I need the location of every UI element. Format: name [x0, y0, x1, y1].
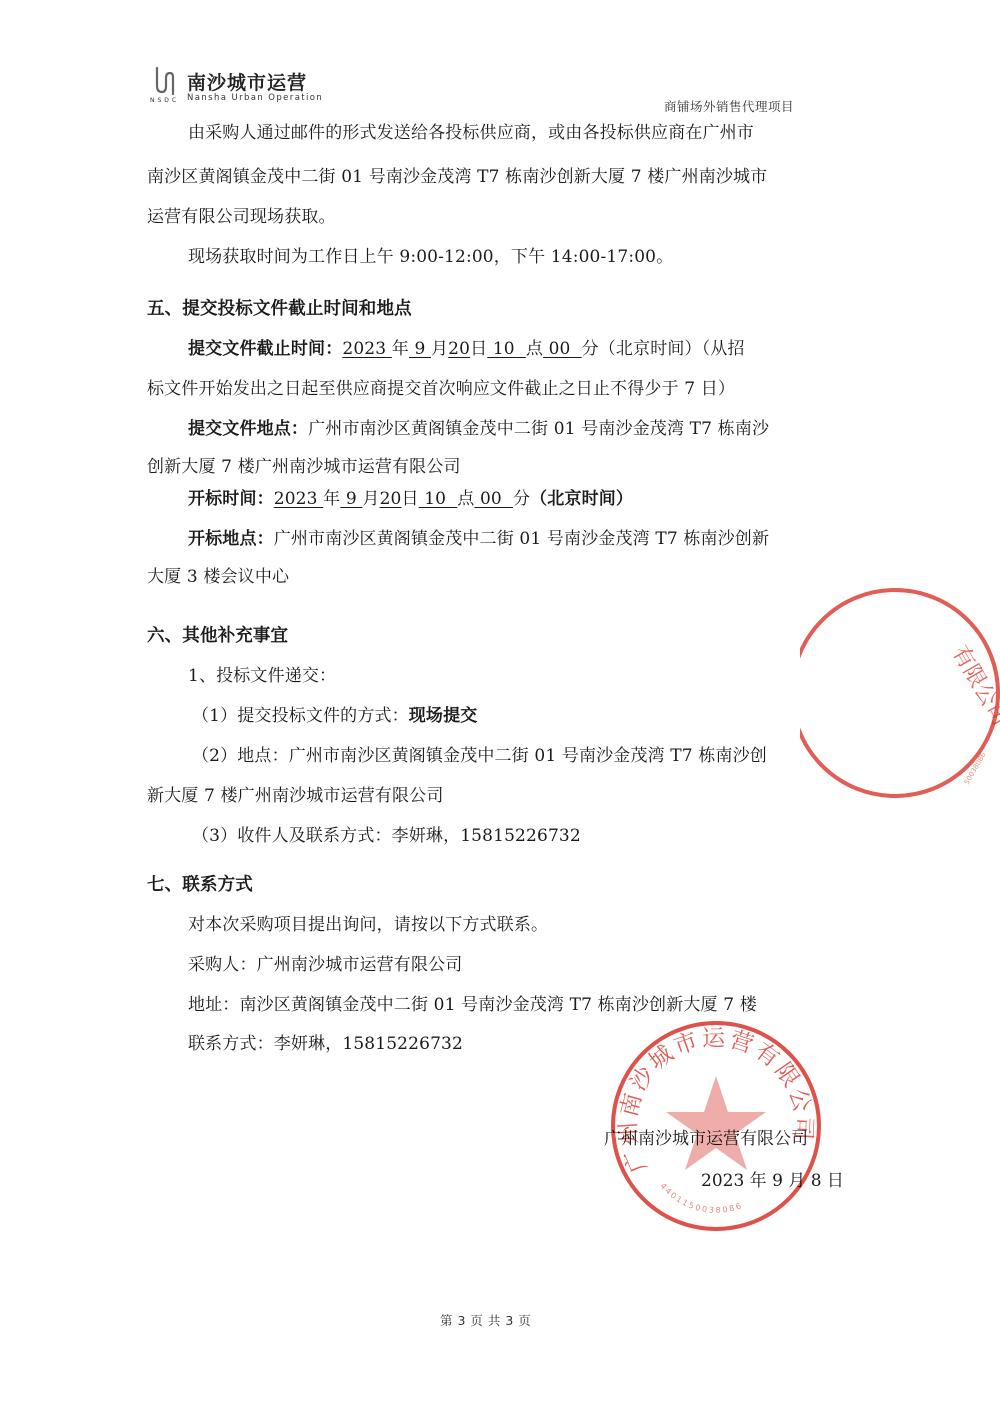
- intro-paragraph-line: 南沙区黄阁镇金茂中二街 01 号南沙金茂湾 T7 栋南沙创新大厦 7 楼广州南沙…: [147, 165, 847, 189]
- intro-paragraph-line: 由采购人通过邮件的形式发送给各投标供应商，或由各投标供应商在广州市: [188, 121, 888, 145]
- document-page: NSDC 南沙城市运营 Nansha Urban Operation 商铺场外销…: [0, 0, 1000, 1414]
- section-7-heading: 七、联系方式: [147, 873, 847, 897]
- opening-location-line: 开标地点：广州市南沙区黄阁镇金茂中二街 01 号南沙金茂湾 T7 栋南沙创新: [188, 527, 888, 551]
- section-6-sub-3: （3）收件人及联系方式：李妍琳，15815226732: [192, 824, 892, 848]
- deadline-minute: 00: [543, 339, 582, 359]
- submit-location-line2: 创新大厦 7 楼广州南沙城市运营有限公司: [147, 455, 847, 479]
- deadline-line: 提交文件截止时间：2023 年 9 月20日 10 点 00 分（北京时间）（从…: [188, 337, 888, 361]
- purchaser-text: 采购人：广州南沙城市运营有限公司: [188, 953, 888, 977]
- deadline-note: 标文件开始发出之日起至供应商提交首次响应文件截止之日止不得少于 7 日）: [147, 377, 847, 401]
- opening-time-label: 开标时间：: [188, 489, 274, 509]
- submit-location-line: 提交文件地点：广州市南沙区黄阁镇金茂中二街 01 号南沙金茂湾 T7 栋南沙: [188, 417, 888, 441]
- page-indicator: 第 3 页 共 3 页: [440, 1311, 531, 1329]
- sub-1-label: （1）提交投标文件的方式：: [192, 706, 409, 726]
- deadline-suffix: （北京时间）（从招: [599, 339, 745, 359]
- section-5-heading: 五、提交投标文件截止时间和地点: [147, 297, 847, 321]
- company-logo: NSDC 南沙城市运营 Nansha Urban Operation: [150, 66, 350, 108]
- opening-minute: 00: [474, 489, 513, 509]
- submit-location-value: 广州市南沙区黄阁镇金茂中二街 01 号南沙金茂湾 T7 栋南沙: [308, 419, 769, 439]
- nsdc-logo-icon: [154, 66, 176, 96]
- section-6-sub-1: （1）提交投标文件的方式：现场提交: [192, 704, 892, 728]
- section-6-sub-2-line2: 新大厦 7 楼广州南沙城市运营有限公司: [147, 784, 847, 808]
- intro-paragraph-line: 运营有限公司现场获取。: [147, 205, 847, 229]
- header-project-name: 商铺场外销售代理项目: [664, 97, 794, 115]
- inquiry-text: 对本次采购项目提出询问，请按以下方式联系。: [188, 913, 888, 937]
- opening-suffix: （北京时间）: [530, 489, 633, 509]
- logo-nsdc-text: NSDC: [150, 97, 179, 104]
- pickup-time-text: 现场获取时间为工作日上午 9:00-12:00，下午 14:00-17:00。: [188, 245, 888, 269]
- section-6-heading: 六、其他补充事宜: [147, 624, 847, 648]
- submit-location-label: 提交文件地点：: [188, 419, 308, 439]
- logo-name-cn: 南沙城市运营: [187, 68, 307, 95]
- deadline-day: 20: [448, 339, 470, 359]
- hour-unit: 点: [457, 489, 474, 509]
- address-text: 地址：南沙区黄阁镇金茂中二街 01 号南沙金茂湾 T7 栋南沙创新大厦 7 楼: [188, 993, 888, 1017]
- minute-unit: 分: [582, 339, 599, 359]
- edge-seal-number: 50038086: [963, 751, 988, 786]
- section-6-item-1: 1、投标文件递交：: [188, 664, 888, 688]
- deadline-month: 9: [409, 339, 431, 359]
- signature-date: 2023 年 9 月 8 日: [701, 1166, 844, 1191]
- logo-name-en: Nansha Urban Operation: [187, 93, 323, 103]
- edge-seal-text: 有限公司: [947, 642, 1000, 731]
- day-unit: 日: [402, 489, 419, 509]
- deadline-label: 提交文件截止时间：: [188, 339, 342, 359]
- opening-hour: 10: [419, 489, 458, 509]
- month-unit: 月: [431, 339, 448, 359]
- year-unit: 年: [392, 339, 409, 359]
- opening-day: 20: [380, 489, 402, 509]
- deadline-year: 2023: [342, 339, 391, 359]
- day-unit: 日: [470, 339, 487, 359]
- month-unit: 月: [362, 489, 379, 509]
- opening-location-value: 广州市南沙区黄阁镇金茂中二街 01 号南沙金茂湾 T7 栋南沙创新: [274, 529, 769, 549]
- signature-company: 广州南沙城市运营有限公司: [604, 1124, 808, 1149]
- section-6-sub-2: （2）地点：广州市南沙区黄阁镇金茂中二街 01 号南沙金茂湾 T7 栋南沙创: [192, 744, 892, 768]
- contact-text: 联系方式：李妍琳，15815226732: [188, 1032, 888, 1056]
- deadline-hour: 10: [487, 339, 526, 359]
- year-unit: 年: [323, 489, 340, 509]
- hour-unit: 点: [526, 339, 543, 359]
- minute-unit: 分: [513, 489, 530, 509]
- opening-month: 9: [340, 489, 362, 509]
- opening-time-line: 开标时间：2023 年 9 月20日 10 点 00 分（北京时间）: [188, 487, 888, 511]
- opening-year: 2023: [274, 489, 323, 509]
- opening-location-line2: 大厦 3 楼会议中心: [147, 565, 847, 589]
- sub-1-value: 现场提交: [409, 706, 478, 726]
- opening-location-label: 开标地点：: [188, 529, 274, 549]
